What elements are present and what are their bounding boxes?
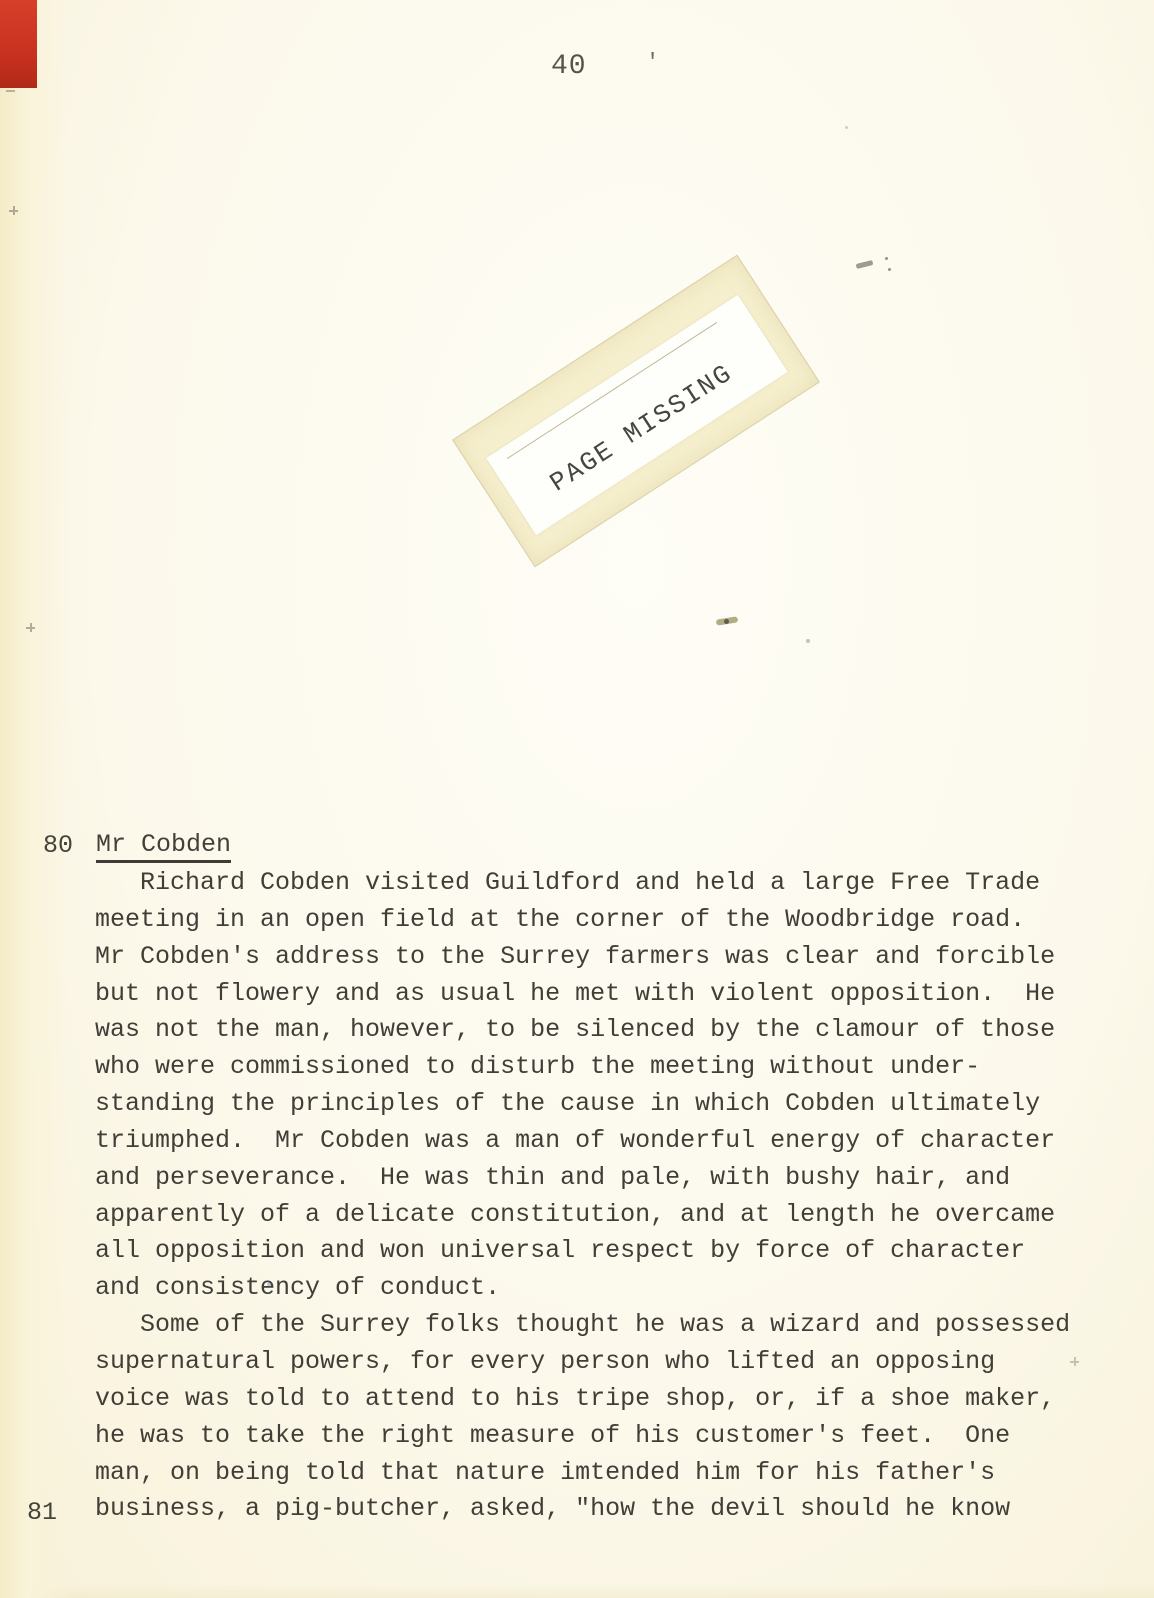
margin-number-81: 81: [27, 1498, 57, 1527]
text-line: business, a pig-butcher, asked, "how the…: [95, 1491, 1095, 1528]
text-line: but not flowery and as usual he met with…: [95, 976, 1095, 1013]
text-line: man, on being told that nature imtended …: [95, 1455, 1095, 1492]
text-line: who were commissioned to disturb the mee…: [95, 1049, 1095, 1086]
speck: [856, 260, 874, 269]
speck: [845, 126, 848, 129]
text-line: supernatural powers, for every person wh…: [95, 1344, 1095, 1381]
text-line: Some of the Surrey folks thought he was …: [95, 1307, 1095, 1344]
scanned-typescript-page: 40 ' PAGE MISSING 80 81 Mr Cobden Richar…: [0, 0, 1154, 1598]
speck: [888, 268, 891, 271]
heading-mr-cobden: Mr Cobden: [96, 830, 231, 863]
pencil-cross-mark: [26, 623, 35, 632]
text-line: triumphed. Mr Cobden was a man of wonder…: [95, 1123, 1095, 1160]
text-line: all opposition and won universal respect…: [95, 1233, 1095, 1270]
speck: [6, 90, 15, 92]
text-line: Richard Cobden visited Guildford and hel…: [95, 865, 1095, 902]
pencil-cross-mark: [9, 206, 18, 215]
text-line: and perseverance. He was thin and pale, …: [95, 1160, 1095, 1197]
pencil-cross-mark: [1070, 1357, 1079, 1366]
speck: [724, 619, 729, 624]
page-number: 40: [551, 51, 587, 82]
text-line: was not the man, however, to be silenced…: [95, 1012, 1095, 1049]
heading-text: Mr Cobden: [96, 830, 231, 863]
speck: [806, 639, 810, 643]
text-line: and consistency of conduct.: [95, 1270, 1095, 1307]
speck: [885, 257, 888, 260]
stray-mark: ': [646, 50, 659, 75]
text-line: voice was told to attend to his tripe sh…: [95, 1381, 1095, 1418]
margin-number-80: 80: [43, 831, 73, 860]
text-line: apparently of a delicate constitution, a…: [95, 1197, 1095, 1234]
body-text: Richard Cobden visited Guildford and hel…: [95, 865, 1095, 1528]
text-line: he was to take the right measure of his …: [95, 1418, 1095, 1455]
ink-spot: [267, 1282, 272, 1287]
text-line: standing the principles of the cause in …: [95, 1086, 1095, 1123]
text-line: meeting in an open field at the corner o…: [95, 902, 1095, 939]
text-line: Mr Cobden's address to the Surrey farmer…: [95, 939, 1095, 976]
red-corner-mark: [0, 0, 37, 88]
